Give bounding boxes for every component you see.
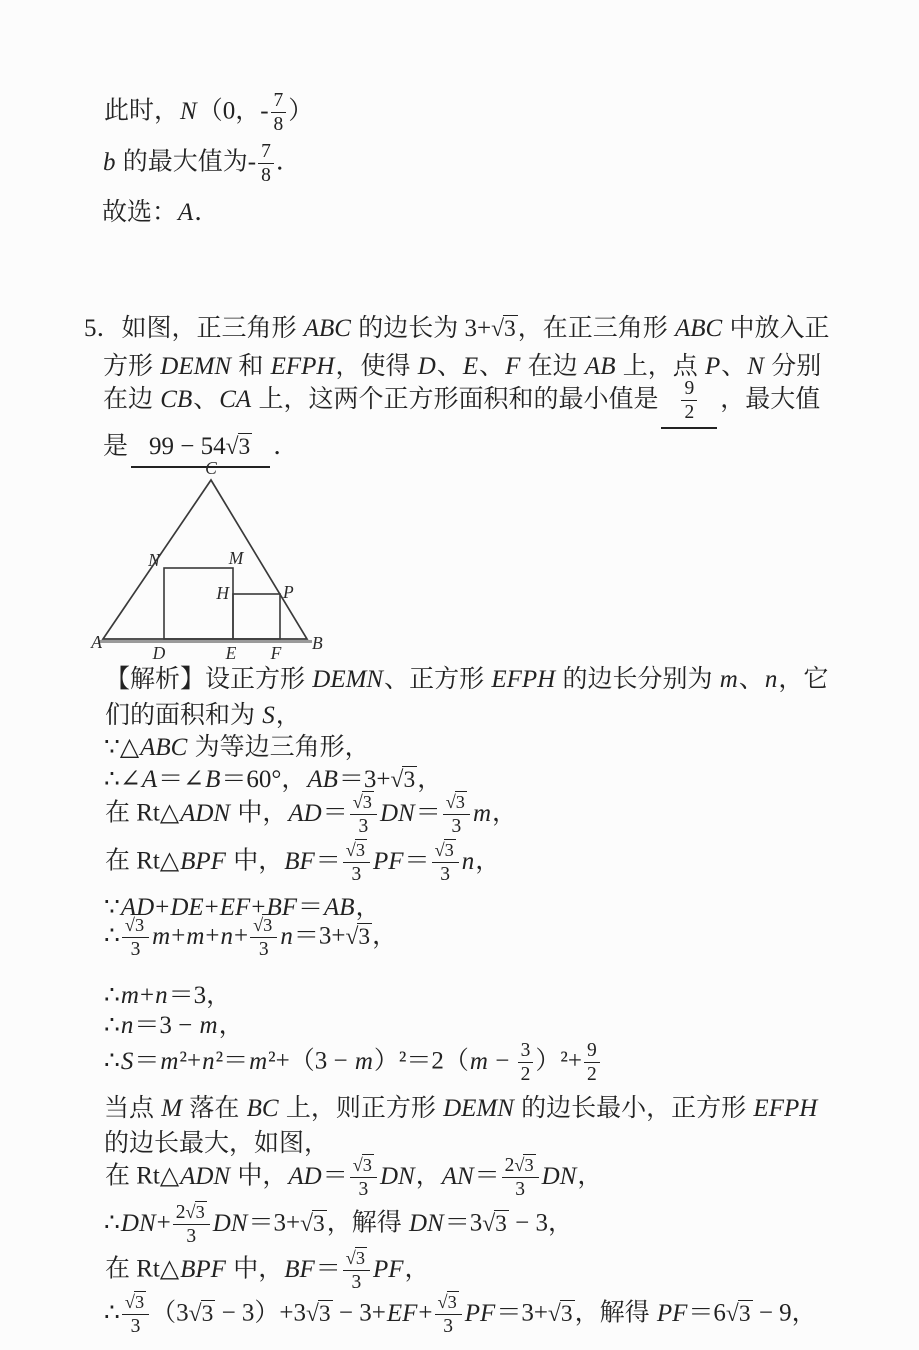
text-run: 此时， — [104, 98, 179, 125]
radicand: 3 — [262, 914, 274, 935]
math-variable: ABC — [674, 315, 723, 342]
radical-expression: √3 — [548, 1301, 575, 1327]
fraction-denominator: 8 — [258, 164, 274, 187]
solution-line14: 在 Rt△ADN 中，AD＝√33DN，AN＝2√33DN， — [105, 1155, 602, 1201]
radical-sign: √ — [226, 434, 239, 460]
line-ci-shi-n-point: 此时，N（0，-78） — [104, 90, 313, 136]
vertex-label-m: M — [228, 548, 245, 568]
vertex-label-f: F — [270, 643, 282, 663]
radicand: 3 — [444, 839, 456, 860]
math-variable: DN — [120, 1210, 157, 1237]
radical-expression: √3 — [345, 924, 372, 950]
radicand: 3 — [355, 839, 367, 860]
radical-expression: √3 — [125, 1292, 146, 1312]
math-variable: n — [461, 848, 476, 875]
text-run: 3 — [515, 1179, 525, 1200]
text-run: + — [157, 1210, 171, 1237]
line-answer-choice: 故选：A． — [102, 196, 219, 230]
radical-expression: √3 — [446, 792, 467, 812]
text-run: ， — [405, 1256, 430, 1283]
text-run: ，最大值 — [720, 386, 820, 413]
fraction-numerator: √3 — [343, 840, 370, 863]
text-run: ，解得 — [575, 1300, 656, 1327]
text-run: ＝ — [475, 1163, 500, 1190]
radicand: 3 — [494, 1210, 509, 1237]
fraction-denominator: 3 — [122, 1315, 149, 1338]
text-run: ， — [276, 702, 301, 729]
text-run: + — [171, 923, 185, 950]
text-run: ， — [492, 800, 517, 827]
fraction: √33 — [435, 1292, 462, 1338]
triangle-diagram: C N M H P A B D E F — [90, 458, 350, 668]
math-variable: ADN — [179, 800, 231, 827]
text-run: 在 Rt△ — [105, 848, 179, 875]
text-run: − — [489, 1048, 516, 1075]
radical-expression: √3 — [346, 1248, 367, 1268]
text-run: 、 — [479, 353, 504, 380]
math-variable: S — [261, 702, 276, 729]
radicand: 3 — [355, 1247, 367, 1268]
radicand: 3 — [195, 1201, 207, 1222]
solution-line11: ∴S＝m²+n²＝m²+（3 − m）²＝2（m − 32）²+92 — [104, 1040, 602, 1086]
fraction: √33 — [443, 792, 470, 838]
math-variable: EFPH — [752, 1095, 818, 1122]
fraction-denominator: 3 — [250, 938, 277, 961]
text-run: ∴ — [104, 1012, 120, 1039]
fraction-denominator: 3 — [502, 1178, 539, 1201]
text-run: 上，则正方形 — [280, 1095, 443, 1122]
radicand: 3 — [238, 433, 253, 460]
solution-line5: 在 Rt△ADN 中，AD＝√33DN＝√33m， — [105, 792, 517, 838]
fraction-numerator: √3 — [122, 915, 149, 938]
problem5-line1: 5．如图，正三角形 ABC 的边长为 3+√3，在正三角形 ABC 中放入正 — [84, 312, 830, 346]
text-run: − 3+ — [333, 1300, 386, 1327]
text-run: - — [248, 149, 256, 176]
vertex-label-h: H — [215, 583, 230, 603]
text-run: 3 — [521, 1040, 531, 1061]
fraction: √33 — [350, 1155, 377, 1201]
text-run: 2 — [505, 1155, 515, 1176]
text-run: 7 — [274, 90, 284, 111]
radical-expression: √3 — [253, 915, 274, 935]
radicand: 3 — [362, 1154, 374, 1175]
radical-expression: √3 — [353, 1155, 374, 1175]
text-run: 在 Rt△ — [105, 1256, 179, 1283]
text-run: ． — [276, 149, 301, 176]
text-run: 在 Rt△ — [105, 800, 179, 827]
fraction-numerator: 3 — [518, 1040, 534, 1063]
text-run: ∴∠ — [104, 766, 141, 793]
fraction-numerator: √3 — [350, 1155, 377, 1178]
text-run: 上，这两个正方形面积和的最小值是 — [252, 386, 658, 413]
text-run: 3 — [352, 864, 362, 885]
math-variable: F — [504, 353, 521, 380]
text-run: − 3）+3 — [215, 1300, 306, 1327]
text-run: ＝3 − — [134, 1012, 198, 1039]
math-variable: m — [120, 982, 140, 1009]
fraction: √33 — [122, 1292, 149, 1338]
radicand: 3 — [134, 914, 146, 935]
math-variable: m — [151, 923, 171, 950]
math-variable: B — [204, 766, 221, 793]
radical-expression: √3 — [306, 1301, 333, 1327]
text-run: 3 — [259, 939, 269, 960]
math-variable: AD — [287, 1163, 322, 1190]
text-run: 、 — [193, 386, 218, 413]
text-run: 9 — [684, 378, 694, 399]
fraction: 78 — [271, 90, 287, 136]
fraction-denominator: 3 — [350, 1178, 377, 1201]
radical-sign: √ — [548, 1301, 561, 1327]
problem5-line3: 在边 CB、CA 上，这两个正方形面积和的最小值是92，最大值 — [103, 378, 820, 429]
math-variable: EFPH — [270, 353, 336, 380]
text-run: 99 − 54 — [149, 433, 226, 460]
fraction-denominator: 2 — [518, 1063, 534, 1086]
math-variable: n — [279, 923, 294, 950]
math-variable: n — [219, 923, 234, 950]
radicand: 3 — [357, 923, 372, 950]
fraction-numerator: 9 — [681, 378, 697, 401]
text-run: 中， — [231, 800, 287, 827]
text-run: 、 — [739, 666, 764, 693]
solution-line1: 【解析】设正方形 DEMN、正方形 EFPH 的边长分别为 m、n，它 — [105, 663, 828, 697]
fraction-numerator: √3 — [443, 792, 470, 815]
math-variable: AD — [287, 800, 322, 827]
text-run: 的边长分别为 — [556, 666, 719, 693]
text-run: ）²＝2（ — [374, 1048, 469, 1075]
radicand: 3 — [455, 791, 467, 812]
math-variable: b — [102, 149, 117, 176]
text-run: − 9， — [753, 1300, 817, 1327]
radical-expression: √3 — [726, 1301, 753, 1327]
text-run: ， — [475, 848, 500, 875]
text-run: + — [234, 923, 248, 950]
math-variable: AB — [306, 766, 339, 793]
text-run: 们的面积和为 — [105, 702, 261, 729]
radical-expression: √3 — [514, 1155, 535, 1175]
text-run: ∴ — [104, 982, 120, 1009]
radical-expression: √3 — [491, 316, 518, 342]
text-run: 、 — [437, 353, 462, 380]
text-run: ＝ — [316, 848, 341, 875]
math-variable: N — [179, 98, 198, 125]
fraction-denominator: 3 — [343, 1271, 370, 1294]
fraction-denominator: 3 — [343, 863, 370, 886]
square-efph — [233, 594, 280, 639]
fraction: 2√33 — [502, 1155, 539, 1201]
text-run: - — [260, 98, 268, 125]
text-run: ∴ — [104, 1300, 120, 1327]
text-run: 在边 — [103, 386, 159, 413]
fraction-numerator: √3 — [250, 915, 277, 938]
text-run: 分别 — [765, 353, 821, 380]
math-variable: AN — [441, 1163, 475, 1190]
math-variable: DN — [541, 1163, 578, 1190]
math-variable: D — [417, 353, 437, 380]
text-run: 方形 — [103, 353, 159, 380]
fraction: √33 — [350, 792, 377, 838]
text-run: ， — [219, 1012, 244, 1039]
math-variable: n — [154, 982, 169, 1009]
text-run: ，在正三角形 — [518, 315, 674, 342]
math-variable: BPF — [179, 1256, 227, 1283]
radicand: 3 — [201, 1300, 216, 1327]
text-run: 5．如图，正三角形 — [84, 315, 303, 342]
text-run: 8 — [261, 165, 271, 186]
text-run: ＝ — [416, 800, 441, 827]
text-run: ． — [194, 199, 219, 226]
math-variable: m — [248, 1048, 268, 1075]
vertex-label-b: B — [312, 633, 323, 653]
text-run: 的最大值为 — [117, 149, 248, 176]
solution-line12: 当点 M 落在 BC 上，则正方形 DEMN 的边长最小，正方形 EFPH — [104, 1092, 818, 1126]
radicand: 3 — [312, 1210, 327, 1237]
fraction: 92 — [584, 1040, 600, 1086]
fraction: √33 — [343, 840, 370, 886]
radicand: 3 — [362, 791, 374, 812]
math-variable: m — [159, 1048, 179, 1075]
text-run: ²+（3 − — [268, 1048, 354, 1075]
fraction-denominator: 2 — [584, 1063, 600, 1086]
radicand: 3 — [503, 315, 518, 342]
radicand: 3 — [447, 1291, 459, 1312]
math-variable: m — [719, 666, 739, 693]
math-variable: m — [469, 1048, 489, 1075]
radicand: 3 — [560, 1300, 575, 1327]
math-variable: m — [199, 1012, 219, 1039]
text-run: 的边长最小，正方形 — [515, 1095, 753, 1122]
text-run: ²＝ — [216, 1048, 249, 1075]
fraction-denominator: 3 — [173, 1225, 210, 1248]
text-run: 3 — [131, 1316, 141, 1337]
triangle-abc — [103, 480, 307, 639]
text-run: ＝3+ — [248, 1210, 300, 1237]
text-run: 是 — [103, 433, 128, 460]
fraction-numerator: 7 — [271, 90, 287, 113]
text-run: 的边长最大，如图， — [104, 1130, 329, 1157]
radical-expression: √3 — [346, 840, 367, 860]
text-run: 3 — [440, 864, 450, 885]
text-run: 在 Rt△ — [105, 1163, 179, 1190]
radical-expression: √3 — [353, 792, 374, 812]
vertex-label-n: N — [147, 550, 161, 570]
math-variable: S — [120, 1048, 135, 1075]
fraction-denominator: 3 — [122, 938, 149, 961]
fraction: √33 — [122, 915, 149, 961]
radical-expression: √3 — [435, 840, 456, 860]
text-run: ， — [577, 1163, 602, 1190]
text-run: ＝ — [323, 1163, 348, 1190]
text-run: ，解得 — [327, 1210, 408, 1237]
vertex-label-e: E — [225, 643, 237, 663]
math-variable: DN — [379, 1163, 416, 1190]
fraction-denominator: 2 — [681, 401, 697, 425]
radical-sign: √ — [726, 1301, 739, 1327]
text-run: ， — [372, 923, 397, 950]
text-run: （0， — [198, 98, 261, 125]
fraction-numerator: √3 — [435, 1292, 462, 1315]
vertex-label-a: A — [90, 632, 102, 652]
text-run: ＝∠ — [158, 766, 204, 793]
text-run: ， — [417, 766, 442, 793]
math-variable: n — [201, 1048, 216, 1075]
radical-expression: √3 — [186, 1202, 207, 1222]
solution-line2: 们的面积和为 S， — [105, 699, 301, 733]
radical-expression: √3 — [391, 767, 418, 793]
math-variable: A — [141, 766, 158, 793]
text-run: 2 — [587, 1064, 597, 1085]
radicand: 3 — [738, 1300, 753, 1327]
math-variable: n — [764, 666, 779, 693]
fraction-denominator: 3 — [350, 815, 377, 838]
text-run: 【解析】设正方形 — [105, 666, 311, 693]
math-variable: E — [462, 353, 479, 380]
text-run: ＝ — [405, 848, 430, 875]
answer-blank: 92 — [661, 378, 717, 429]
math-variable: PF — [372, 1256, 405, 1283]
text-run: ＝ — [134, 1048, 159, 1075]
vertex-label-d: D — [152, 643, 166, 663]
math-variable: m — [354, 1048, 374, 1075]
math-variable: PF — [372, 848, 405, 875]
solution-line15: ∴DN+2√33DN＝3+√3，解得 DN＝3√3 − 3， — [104, 1202, 573, 1248]
text-run: 3 — [443, 1316, 453, 1337]
solution-line8: ∴√33m+m+n+√33n＝3+√3， — [104, 915, 397, 961]
fraction: 78 — [258, 141, 274, 187]
radical-sign: √ — [306, 1301, 319, 1327]
math-variable: PF — [656, 1300, 689, 1327]
text-run: ，它 — [778, 666, 828, 693]
text-run: ＝3+ — [339, 766, 391, 793]
math-variable: DN — [408, 1210, 445, 1237]
math-variable: BF — [283, 848, 316, 875]
math-variable: BPF — [179, 848, 227, 875]
math-variable: BC — [246, 1095, 280, 1122]
solution-line17: ∴√33（3√3 − 3）+3√3 − 3+EF+√33PF＝3+√3，解得 P… — [104, 1292, 817, 1338]
radical-expression: √3 — [300, 1211, 327, 1237]
text-run: 的边长为 3+ — [352, 315, 491, 342]
solution-line10: ∴n＝3 − m， — [104, 1009, 244, 1043]
solution-line9: ∴m+n＝3， — [104, 979, 231, 1013]
math-variable: ABC — [139, 734, 188, 761]
fraction-denominator: 3 — [435, 1315, 462, 1338]
text-run: 8 — [274, 114, 284, 135]
text-run: ． — [273, 433, 298, 460]
text-run: ＝3， — [169, 982, 232, 1009]
radicand: 3 — [318, 1300, 333, 1327]
text-run: 3 — [352, 1272, 362, 1293]
radical-expression: √3 — [226, 434, 253, 460]
text-run: ∵△ — [104, 734, 139, 761]
text-run: ＝3 — [445, 1210, 483, 1237]
fraction-denominator: 3 — [432, 863, 459, 886]
diagram-svg: C N M H P A B D E F — [90, 458, 350, 668]
text-run: ＝3+ — [496, 1300, 548, 1327]
text-run: 、正方形 — [384, 666, 490, 693]
fraction: 92 — [681, 378, 697, 425]
fraction: √33 — [432, 840, 459, 886]
math-variable: N — [746, 353, 765, 380]
fraction-numerator: 2√3 — [173, 1202, 210, 1225]
text-run: （3 — [151, 1300, 189, 1327]
text-run: 3 — [186, 1226, 196, 1247]
radical-expression: √3 — [125, 915, 146, 935]
text-run: ∴ — [104, 1048, 120, 1075]
text-run: 和 — [232, 353, 270, 380]
radical-expression: √3 — [482, 1211, 509, 1237]
math-variable: DEMN — [311, 666, 384, 693]
math-variable: ADN — [179, 1163, 231, 1190]
math-variable: m — [472, 800, 492, 827]
text-run: 3 — [358, 1179, 368, 1200]
text-run: ∴ — [104, 1210, 120, 1237]
fraction-numerator: 9 — [584, 1040, 600, 1063]
fraction: 2√33 — [173, 1202, 210, 1248]
text-run: 2 — [684, 402, 694, 423]
radicand: 3 — [402, 766, 417, 793]
fraction-numerator: √3 — [432, 840, 459, 863]
line-b-max-value: b 的最大值为-78． — [102, 141, 301, 187]
math-variable: EFPH — [490, 666, 556, 693]
text-run: 7 — [261, 141, 271, 162]
math-variable: AB — [584, 353, 617, 380]
fraction: √33 — [343, 1248, 370, 1294]
text-run: ∴ — [104, 923, 120, 950]
fraction-numerator: √3 — [122, 1292, 149, 1315]
math-variable: m — [185, 923, 205, 950]
text-run: 上，点 — [616, 353, 704, 380]
text-run: ）²+ — [535, 1048, 582, 1075]
text-run: ²+ — [179, 1048, 201, 1075]
fraction-numerator: √3 — [350, 792, 377, 815]
text-run: 为等边三角形， — [188, 734, 369, 761]
text-run: 当点 — [104, 1095, 160, 1122]
math-variable: PF — [464, 1300, 497, 1327]
text-run: + — [140, 982, 154, 1009]
text-run: ＝6 — [688, 1300, 726, 1327]
fraction-denominator: 3 — [443, 815, 470, 838]
math-variable: A — [177, 199, 194, 226]
solution-line6: 在 Rt△BPF 中，BF＝√33PF＝√33n， — [105, 840, 500, 886]
math-variable: n — [120, 1012, 135, 1039]
text-run: 故选： — [102, 199, 177, 226]
text-run: 中， — [231, 1163, 287, 1190]
fraction-numerator: 7 — [258, 141, 274, 164]
text-run: ＝ — [316, 1256, 341, 1283]
math-variable: EF — [386, 1300, 419, 1327]
radicand: 3 — [523, 1154, 535, 1175]
radical-sign: √ — [189, 1301, 202, 1327]
fraction-denominator: 8 — [271, 113, 287, 136]
math-variable: P — [704, 353, 721, 380]
text-run: 3 — [358, 816, 368, 837]
text-run: + — [418, 1300, 432, 1327]
text-run: 在边 — [521, 353, 584, 380]
solution-line3: ∵△ABC 为等边三角形， — [104, 731, 370, 765]
math-variable: CA — [218, 386, 252, 413]
fraction: √33 — [250, 915, 277, 961]
square-demn — [164, 568, 233, 639]
text-run: ＝3+ — [294, 923, 346, 950]
math-variable: BF — [283, 1256, 316, 1283]
text-run: 中， — [227, 848, 283, 875]
radical-expression: √3 — [438, 1292, 459, 1312]
text-run: 2 — [176, 1202, 186, 1223]
math-variable: CB — [159, 386, 193, 413]
text-run: ） — [288, 98, 313, 125]
text-run: 2 — [521, 1064, 531, 1085]
math-variable: M — [160, 1095, 183, 1122]
